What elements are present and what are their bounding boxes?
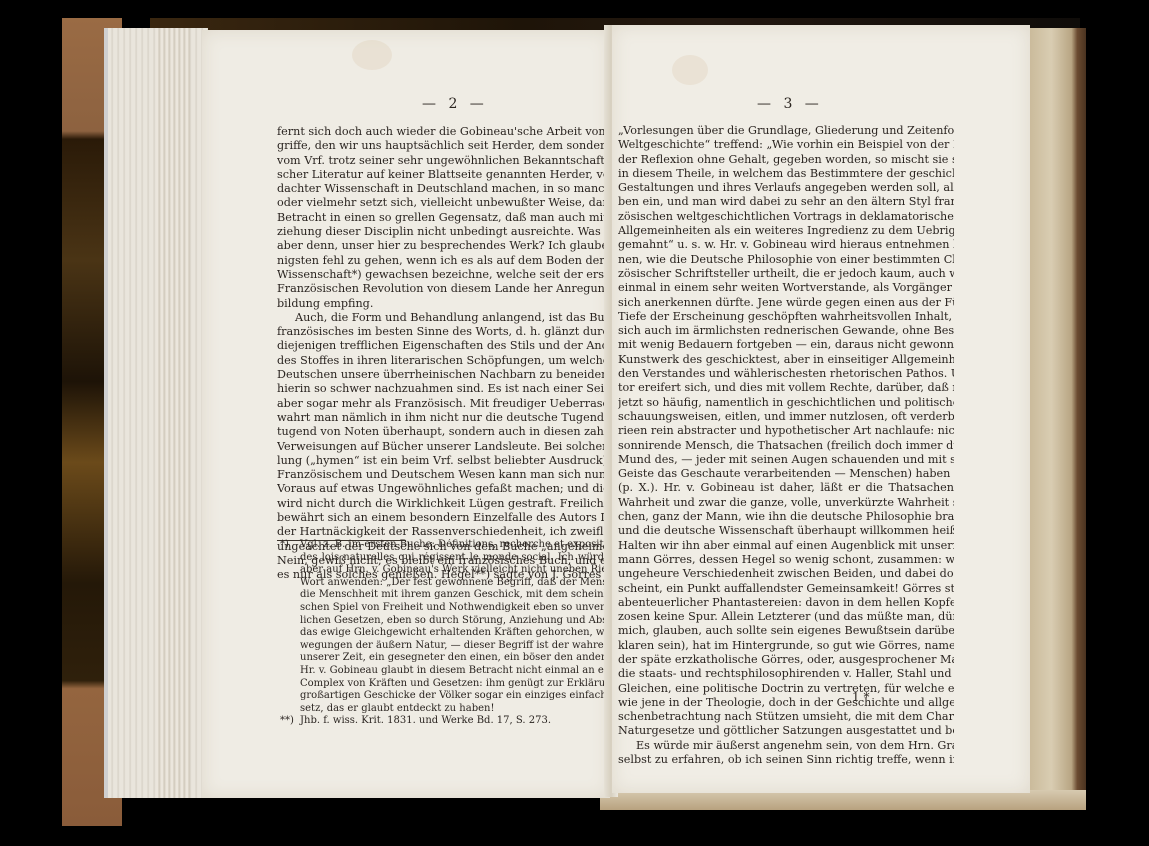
text-line: jetzt so häufig, namentlich in geschicht… [618,396,954,410]
text-line: sonnirende Mensch, die Thatsachen (freil… [618,439,954,453]
text-line: Verweisungen auf Bücher unserer Landsleu… [277,440,610,454]
text-line: Naturgesetze und göttlicher Satzungen au… [618,724,954,738]
text-line: wie jene in der Theologie, doch in der G… [618,696,954,710]
footnote-text: großartigen Geschicke der Völker sogar e… [300,690,610,701]
footnote-line: schen Spiel von Freiheit und Nothwendigk… [280,602,610,615]
text-line: dachter Wissenschaft in Deutschland mach… [277,182,610,196]
footnote-text: unserer Zeit, ein gesegneter den einen, … [300,652,610,663]
text-line: der Hartnäckigkeit der Rassenverschieden… [277,525,610,539]
text-line: scheint, ein Punkt auffallendster Gemein… [618,582,954,596]
text-line: scher Literatur auf keiner Blattseite ge… [277,168,610,182]
text-line: griffe, den wir uns hauptsächlich seit H… [277,139,610,153]
text-line: des Stoffes in ihren literarischen Schöp… [277,354,610,368]
text-line: Weltgeschichte“ treffend: „Wie vorhin ei… [618,138,954,152]
text-line: lung („hymen“ ist ein beim Vrf. selbst b… [277,454,610,468]
text-line: diejenigen trefflichen Eigenschaften des… [277,339,610,353]
left-page-body-text: fernt sich doch auch wieder die Gobineau… [277,125,610,583]
text-line: wird nicht durch die Wirklichkeit Lügen … [277,497,610,511]
page-stack-left [104,28,208,798]
footnote-marker: *) [280,539,300,552]
text-line: französisches im besten Sinne des Worts,… [277,325,610,339]
text-line: ziehung dieser Disciplin nicht unbedingt… [277,225,610,239]
text-line: tor ereifert sich, und dies mit vollem R… [618,381,954,395]
footnote-line: das ewige Gleichgewicht erhaltenden Kräf… [280,627,610,640]
footnote-line: Wort anwenden: „Der fest gewonnene Begri… [280,577,610,590]
text-line: Allgemeinheiten als ein weiteres Ingredi… [618,224,954,238]
footnote-line: setz, das er glaubt entdeckt zu haben! [280,703,610,716]
text-line: den Verstandes und wählerischesten rheto… [618,367,954,381]
footnote-text: wegungen der äußern Natur, — dieser Begr… [300,640,610,651]
text-line: ben ein, und man wird dabei zu sehr an d… [618,195,954,209]
text-line: einmal in einem sehr weiten Wortverstand… [618,281,954,295]
text-line: Kunstwerk des geschicktest, aber in eins… [618,353,954,367]
text-line: Wissenschaft*) gewachsen bezeichne, welc… [277,268,610,282]
left-page: — 2 — fernt sich doch auch wieder die Go… [202,30,610,798]
text-line: nen, wie die Deutsche Philosophie von ei… [618,253,954,267]
footnote-line: großartigen Geschicke der Völker sogar e… [280,690,610,703]
text-line: der Reflexion ohne Gehalt, gegeben worde… [618,153,954,167]
footnote-line: des lois naturelles qui régissent le mon… [280,552,610,565]
footnote-line: wegungen der äußern Natur, — dieser Begr… [280,640,610,653]
footnote-text: Hr. v. Gobineau glaubt in diesem Betrach… [300,665,610,676]
page-number: — 3 — [757,96,823,112]
footnote-line: unserer Zeit, ein gesegneter den einen, … [280,652,610,665]
text-line: chen, ganz der Mann, wie ihn die deutsch… [618,510,954,524]
footnote-text: Wort anwenden: „Der fest gewonnene Begri… [300,577,610,588]
footnote-text: des lois naturelles qui régissent le mon… [300,552,610,563]
text-line: bewährt sich an einem besondern Einzelfa… [277,511,610,525]
text-line: mit wenig Bedauern fortgeben — ein, dara… [618,338,954,352]
footnote-marker: **) [280,715,300,728]
book-edge-bottom [600,790,1086,810]
text-line: zösischer Schriftsteller urtheilt, die e… [618,267,954,281]
paper-stain [672,55,708,85]
text-line: nigsten fehl zu gehen, wenn ich es als a… [277,254,610,268]
text-line: zösischen weltgeschichtlichen Vortrags i… [618,210,954,224]
text-line: klaren sein), hat im Hintergrunde, so gu… [618,639,954,653]
page-number: — 2 — [422,96,488,112]
text-line: fernt sich doch auch wieder die Gobineau… [277,125,610,139]
footnote-line: Complex von Kräften und Gesetzen: ihm ge… [280,678,610,691]
text-line: Mund des, — jeder mit seinen Augen schau… [618,453,954,467]
text-line: bildung empfing. [277,297,610,311]
text-line: abenteuerlicher Phantastereien: davon in… [618,596,954,610]
footnote-text: aber auf Hrn. v. Gobineau's Werk viellei… [300,564,610,575]
footnote-text: schen Spiel von Freiheit und Nothwendigk… [300,602,610,613]
text-line: mann Görres, dessen Hegel so wenig schon… [618,553,954,567]
text-line: Es würde mir äußerst angenehm sein, von … [618,739,954,753]
text-line: Voraus auf etwas Ungewöhnliches gefaßt m… [277,482,610,496]
footnotes: *)Vgl. z. B. im ersten Buche: Définition… [280,539,610,728]
text-line: (p. X.). Hr. v. Gobineau ist daher, läßt… [618,481,954,495]
text-line: selbst zu erfahren, ob ich seinen Sinn r… [618,753,954,767]
text-line: vom Vrf. trotz seiner sehr ungewöhnliche… [277,154,610,168]
footnote-line: die Menschheit mit ihrem ganzen Geschick… [280,589,610,602]
text-line: Geiste das Geschaute verarbeitenden — Me… [618,467,954,481]
text-line: rieen rein abstracter und hypothetischer… [618,424,954,438]
text-line: und die deutsche Wissenschaft überhaupt … [618,524,954,538]
text-line: gemahnt“ u. s. w. Hr. v. Gobineau wird h… [618,238,954,252]
footnote-text: lichen Gesetzen, eben so durch Störung, … [300,615,610,626]
text-line: Deutschen unsere überrheinischen Nachbar… [277,368,610,382]
text-line: die staats- und rechtsphilosophirenden v… [618,667,954,681]
footnote-text: die Menschheit mit ihrem ganzen Geschick… [300,589,610,600]
footnote-text: setz, das er glaubt entdeckt zu haben! [300,703,494,714]
text-line: Gestaltungen und ihres Verlaufs angegebe… [618,181,954,195]
text-line: oder vielmehr setzt sich, vielleicht unb… [277,196,610,210]
text-line: tugend von Noten überhaupt, sondern auch… [277,425,610,439]
text-line: Wahrheit und zwar die ganze, volle, unve… [618,496,954,510]
text-line: der späte erzkatholische Görres, oder, a… [618,653,954,667]
text-line: schenbetrachtung nach Stützen umsieht, d… [618,710,954,724]
text-line: sich anerkennen dürfte. Jene würde gegen… [618,296,954,310]
page-stack-edges [156,28,190,798]
footnote-text: das ewige Gleichgewicht erhaltenden Kräf… [300,627,610,638]
text-line: Halten wir ihn aber einmal auf einen Aug… [618,539,954,553]
footnote-line: aber auf Hrn. v. Gobineau's Werk viellei… [280,564,610,577]
text-line: ungeheure Verschiedenheit zwischen Beide… [618,567,954,581]
footnote-line: lichen Gesetzen, eben so durch Störung, … [280,615,610,628]
footnote-text: Complex von Kräften und Gesetzen: ihm ge… [300,678,610,689]
text-line: Tiefe der Erscheinung geschöpften wahrhe… [618,310,954,324]
footnote-text: Jhb. f. wiss. Krit. 1831. und Werke Bd. … [300,715,551,726]
text-line: hierin so schwer nachzuahmen sind. Es is… [277,382,610,396]
text-line: sich auch im ärmlichsten rednerischen Ge… [618,324,954,338]
footnote-line: Hr. v. Gobineau glaubt in diesem Betrach… [280,665,610,678]
text-line: „Vorlesungen über die Grundlage, Glieder… [618,124,954,138]
text-line: mich, glauben, auch sollte sein eigenes … [618,624,954,638]
text-line: schauungsweisen, eitlen, und immer nutzl… [618,410,954,424]
text-line: zosen keine Spur. Allein Letzterer (und … [618,610,954,624]
text-line: Französischen Revolution von diesem Land… [277,282,610,296]
right-page: — 3 — „Vorlesungen über die Grundlage, G… [612,25,1030,793]
book-edge-right [1028,28,1086,810]
text-line: Auch, die Form und Behandlung anlangend,… [277,311,610,325]
footnote-line: **)Jhb. f. wiss. Krit. 1831. und Werke B… [280,715,610,728]
text-line: aber denn, unser hier zu besprechendes W… [277,239,610,253]
text-line: Französischem und Deutschem Wesen kann m… [277,468,610,482]
paper-stain [352,40,392,70]
text-line: aber sogar mehr als Französisch. Mit fre… [277,397,610,411]
text-line: wahrt man nämlich in ihm nicht nur die d… [277,411,610,425]
footnote-text: Vgl. z. B. im ersten Buche: Définitions,… [300,539,610,550]
text-line: Gleichen, eine politische Doctrin zu ver… [618,682,954,696]
text-line: in diesem Theile, in welchem das Bestimm… [618,167,954,181]
right-page-body-text: „Vorlesungen über die Grundlage, Glieder… [618,124,954,767]
signature-mark: 1 * [852,690,869,704]
footnote-line: *)Vgl. z. B. im ersten Buche: Définition… [280,539,610,552]
text-line: Betracht in einen so grellen Gegensatz, … [277,211,610,225]
